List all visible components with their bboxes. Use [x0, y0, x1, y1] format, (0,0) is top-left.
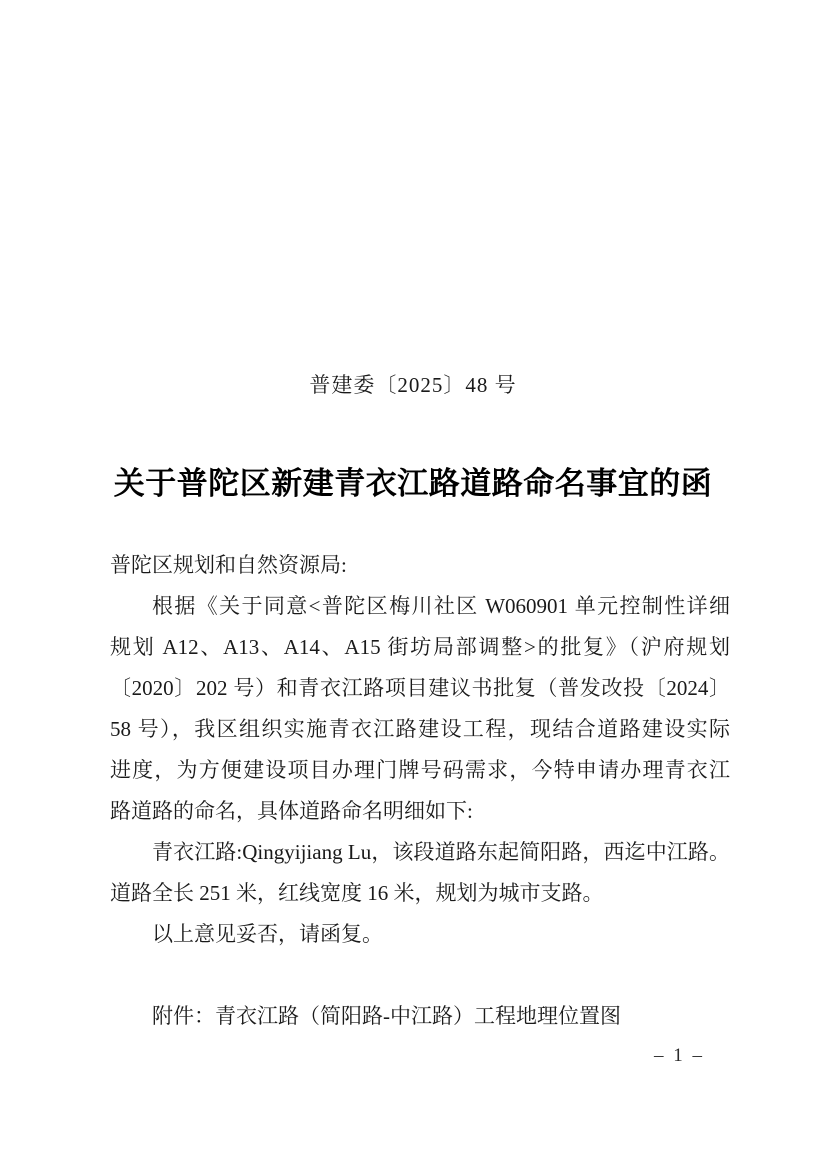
body-line: 普陀区规划和自然资源局: — [110, 545, 730, 586]
body-line: 青衣江路:Qingyijiang Lu，该段道路东起简阳路，西迄中江路。 — [110, 832, 730, 873]
document-number: 普建委〔2025〕48 号 — [0, 372, 826, 398]
body-line: 进度，为方便建设项目办理门牌号码需求，今特申请办理青衣江 — [110, 750, 730, 791]
body-line: 道路全长 251 米，红线宽度 16 米，规划为城市支路。 — [110, 873, 730, 914]
document-title: 关于普陀区新建青衣江路道路命名事宜的函 — [0, 464, 826, 504]
body-line-blank — [110, 955, 730, 996]
page-number: – 1 – — [654, 1044, 702, 1068]
body-line: 规划 A12、A13、A14、A15 街坊局部调整>的批复》（沪府规划 — [110, 627, 730, 668]
document-page: 普建委〔2025〕48 号 关于普陀区新建青衣江路道路命名事宜的函 普陀区规划和… — [0, 0, 826, 1169]
body-line: 〔2020〕202 号）和青衣江路项目建议书批复（普发改投〔2024〕 — [110, 668, 730, 709]
body-line: 根据《关于同意<普陀区梅川社区 W060901 单元控制性详细 — [110, 586, 730, 627]
body-line: 附件：青衣江路（简阳路-中江路）工程地理位置图 — [110, 996, 730, 1037]
body-line: 以上意见妥否，请函复。 — [110, 914, 730, 955]
body-line: 58 号），我区组织实施青衣江路建设工程，现结合道路建设实际 — [110, 709, 730, 750]
document-body: 普陀区规划和自然资源局:根据《关于同意<普陀区梅川社区 W060901 单元控制… — [110, 545, 730, 1037]
body-line: 路道路的命名，具体道路命名明细如下: — [110, 791, 730, 832]
